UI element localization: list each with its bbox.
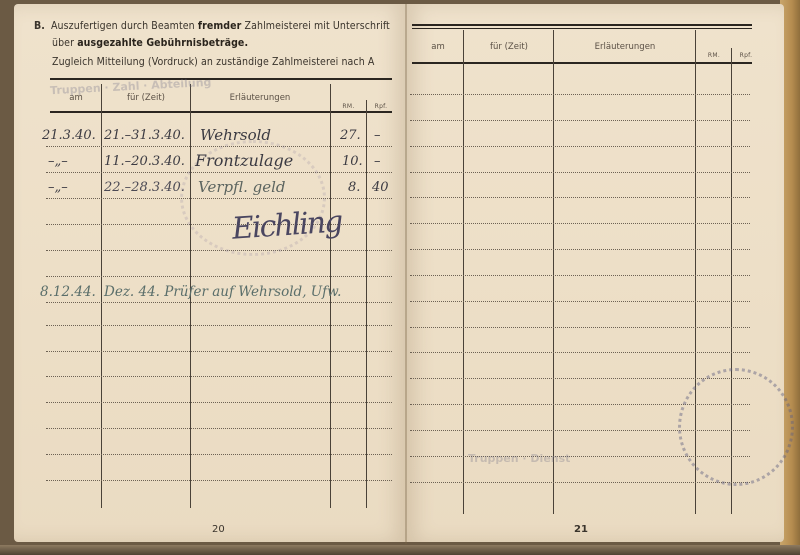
left-row-line <box>46 376 392 377</box>
later-entry-text: Dez. 44. Prüfer auf Wehrsold, Ufw. <box>104 284 341 300</box>
entry-2-am: –„– <box>48 154 68 169</box>
entry-1-am: 21.3.40. <box>42 128 96 143</box>
left-row-line <box>46 302 392 303</box>
left-row-line <box>46 480 392 481</box>
left-row-line <box>46 428 392 429</box>
book-bottom-edge <box>0 545 800 555</box>
entry-2-rm: 10. <box>342 154 363 169</box>
book-gutter <box>405 4 407 544</box>
left-row-line <box>46 276 392 277</box>
entry-2-rpf: – <box>374 154 381 169</box>
right-row-line <box>410 352 750 353</box>
later-entry-am: 8.12.44. <box>40 284 96 300</box>
entry-3-am: –„– <box>48 180 68 195</box>
right-row-line <box>410 249 750 250</box>
page-number-right: 21 <box>574 524 588 535</box>
left-col-fuer-zeit-header: für (Zeit) <box>102 93 190 103</box>
right-row-line <box>410 120 750 121</box>
right-row-line <box>410 146 750 147</box>
instruction-line-2: über ausgezahlte Gebührnisbeträge. <box>34 35 394 52</box>
right-vline-2 <box>553 30 554 514</box>
entry-2-fuer-zeit: 11.–20.3.40. <box>104 154 185 169</box>
right-row-line <box>410 94 750 95</box>
left-row-line <box>46 325 392 326</box>
right-row-line <box>410 197 750 198</box>
right-header-top-rule <box>412 24 752 26</box>
right-row-line <box>410 378 750 379</box>
right-row-line <box>410 172 750 173</box>
left-row-line <box>46 454 392 455</box>
right-vline-1 <box>463 30 464 514</box>
instruction-line-3: Zugleich Mitteilung (Vordruck) an zustän… <box>34 54 394 71</box>
instruction-text: B.Auszufertigen durch Beamten fremder Za… <box>34 18 394 71</box>
right-row-line <box>410 275 750 276</box>
entry-1-erlaeuterungen: Wehrsold <box>200 126 271 144</box>
right-header-top-rule-thin <box>412 28 752 29</box>
left-col-rm-header: RM. <box>330 103 367 110</box>
left-header-top-rule <box>50 78 392 80</box>
entry-1-rm: 27. <box>340 128 361 143</box>
right-col-fuer-zeit-header: für (Zeit) <box>464 42 554 52</box>
right-col-rpf-header: Rpf. <box>732 52 760 59</box>
left-row-line <box>46 402 392 403</box>
right-row-line <box>410 223 750 224</box>
left-col-erlaeuterungen-header: Erläuterungen <box>190 93 330 103</box>
entry-3-fuer-zeit: 22.–28.3.40. <box>104 180 185 195</box>
instruction-line-1: B.Auszufertigen durch Beamten fremder Za… <box>34 18 394 35</box>
right-col-am-header: am <box>412 42 464 52</box>
entry-3-rpf: 40 <box>372 180 389 195</box>
entry-1-rpf: – <box>374 128 381 143</box>
left-row-line <box>46 351 392 352</box>
entry-3-rm: 8. <box>348 180 360 195</box>
right-row-line <box>410 301 750 302</box>
round-official-stamp <box>678 368 794 486</box>
left-row-line <box>46 250 392 251</box>
entry-3-erlaeuterungen: Verpfl. geld <box>198 178 286 196</box>
left-vline-4 <box>366 100 367 508</box>
right-col-erlaeuterungen-header: Erläuterungen <box>554 42 696 52</box>
right-row-line <box>410 482 750 483</box>
section-label: B. <box>34 20 45 32</box>
left-col-rpf-header: Rpf. <box>367 103 395 110</box>
right-row-line <box>410 327 750 328</box>
entry-2-erlaeuterungen: Frontzulage <box>195 151 293 170</box>
entry-1-fuer-zeit: 21.–31.3.40. <box>104 128 185 143</box>
faint-stamp-text-right: Truppen · Dienst <box>468 452 570 465</box>
left-vline-1 <box>101 84 102 508</box>
page-number-left: 20 <box>212 524 225 535</box>
right-col-rm-header: RM. <box>696 52 732 59</box>
